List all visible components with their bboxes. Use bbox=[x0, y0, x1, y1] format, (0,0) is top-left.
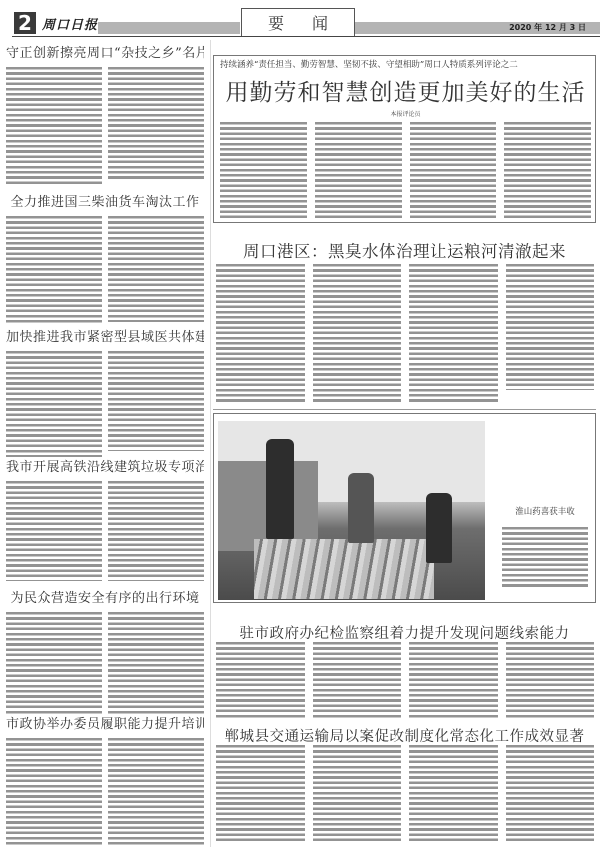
body-column bbox=[315, 122, 402, 218]
body-column bbox=[108, 67, 204, 179]
photo-yam-pile bbox=[254, 539, 434, 599]
body-column bbox=[506, 642, 595, 718]
body-column bbox=[313, 642, 402, 718]
article-headline: 郸城县交通运输局以案促改制度化常态化工作成效显著 bbox=[213, 725, 596, 746]
body-column bbox=[216, 745, 305, 841]
body-column bbox=[409, 264, 498, 402]
feature-byline: 本报评论员 bbox=[214, 109, 597, 118]
article-medical-community: 加快推进我市紧密型县域医共体建设 bbox=[6, 326, 204, 457]
body-column bbox=[410, 122, 497, 218]
photo-caption-title: 淮山药喜获丰收 bbox=[500, 505, 590, 517]
article-headline: 守正创新擦亮周口“杂技之乡”名片 bbox=[6, 42, 204, 61]
header-divider bbox=[12, 36, 600, 37]
body-column bbox=[6, 67, 102, 185]
article-railway-waste: 我市开展高铁沿线建筑垃圾专项治理 bbox=[6, 456, 204, 581]
article-traffic-safety: 为民众营造安全有序的出行环境 bbox=[6, 587, 204, 716]
article-headline: 全力推进国三柴油货车淘汰工作 bbox=[6, 191, 204, 210]
body-column bbox=[313, 745, 402, 841]
editor-strip bbox=[98, 22, 240, 34]
feature-title: 用勤劳和智慧创造更加美好的生活 bbox=[214, 74, 597, 107]
article-transport: 郸城县交通运输局以案促改制度化常态化工作成效显著 bbox=[213, 725, 596, 746]
body-column bbox=[409, 745, 498, 841]
article-acrobatics: 守正创新擦亮周口“杂技之乡”名片 bbox=[6, 42, 204, 185]
article-discipline: 驻市政府办纪检监察组着力提升发现问题线索能力 bbox=[213, 622, 596, 643]
article-headline: 我市开展高铁沿线建筑垃圾专项治理 bbox=[6, 456, 204, 475]
harvest-photo bbox=[218, 421, 485, 600]
photo-person bbox=[348, 473, 374, 543]
masthead-logo: 周口日报 bbox=[42, 14, 98, 33]
article-body bbox=[6, 351, 204, 457]
body-column bbox=[216, 264, 305, 402]
body-column bbox=[506, 745, 595, 841]
article-body bbox=[216, 642, 594, 718]
article-headline: 驻市政府办纪检监察组着力提升发现问题线索能力 bbox=[213, 622, 596, 643]
page-number-badge: 2 bbox=[14, 12, 36, 34]
body-column bbox=[6, 738, 102, 847]
section-divider bbox=[213, 409, 596, 410]
body-column bbox=[108, 481, 204, 581]
body-column bbox=[216, 642, 305, 718]
body-column bbox=[6, 216, 102, 324]
body-column bbox=[313, 264, 402, 402]
article-headline: 周口港区：黑臭水体治理让运粮河清澈起来 bbox=[213, 238, 596, 262]
body-column bbox=[502, 527, 588, 587]
photo-feature: 淮山药喜获丰收 bbox=[213, 413, 596, 603]
article-body bbox=[6, 738, 204, 847]
photo-person bbox=[426, 493, 452, 563]
article-body bbox=[216, 745, 594, 841]
page-header: 2 周口日报 要 闻 2020 年 12 月 3 日 bbox=[0, 0, 600, 36]
body-column bbox=[409, 642, 498, 718]
article-diesel-trucks: 全力推进国三柴油货车淘汰工作 bbox=[6, 191, 204, 324]
body-column bbox=[108, 612, 204, 716]
body-column bbox=[504, 122, 591, 218]
body-column bbox=[6, 351, 102, 457]
section-title-char-1: 要 bbox=[268, 11, 284, 34]
article-body bbox=[6, 67, 204, 185]
article-body bbox=[6, 216, 204, 324]
body-column bbox=[108, 351, 204, 451]
section-title-char-2: 闻 bbox=[312, 11, 328, 34]
column-divider bbox=[210, 40, 211, 847]
article-body bbox=[216, 264, 594, 402]
photo-person bbox=[266, 439, 294, 539]
issue-date: 2020 年 12 月 3 日 bbox=[509, 22, 586, 34]
body-column bbox=[108, 738, 204, 846]
article-body bbox=[6, 481, 204, 581]
article-headline: 加快推进我市紧密型县域医共体建设 bbox=[6, 326, 204, 345]
body-column bbox=[220, 122, 307, 218]
feature-commentary: 持续涵养“责任担当、勤劳智慧、坚韧不拔、守望相助”周口人特质系列评论之二 用勤劳… bbox=[213, 55, 596, 223]
article-port-district: 周口港区：黑臭水体治理让运粮河清澈起来 bbox=[213, 238, 596, 262]
photo-caption-body bbox=[502, 527, 588, 587]
article-headline: 市政协举办委员履职能力提升培训班 bbox=[6, 713, 204, 732]
body-column bbox=[506, 264, 595, 390]
article-body bbox=[6, 612, 204, 716]
body-column bbox=[6, 481, 102, 581]
article-headline: 为民众营造安全有序的出行环境 bbox=[6, 587, 204, 606]
feature-kicker: 持续涵养“责任担当、勤劳智慧、坚韧不拔、守望相助”周口人特质系列评论之二 bbox=[220, 58, 518, 70]
body-column bbox=[6, 612, 102, 716]
article-cppcc-training: 市政协举办委员履职能力提升培训班 bbox=[6, 713, 204, 847]
feature-body bbox=[220, 122, 591, 218]
body-column bbox=[108, 216, 204, 322]
section-title-box: 要 闻 bbox=[241, 8, 355, 36]
